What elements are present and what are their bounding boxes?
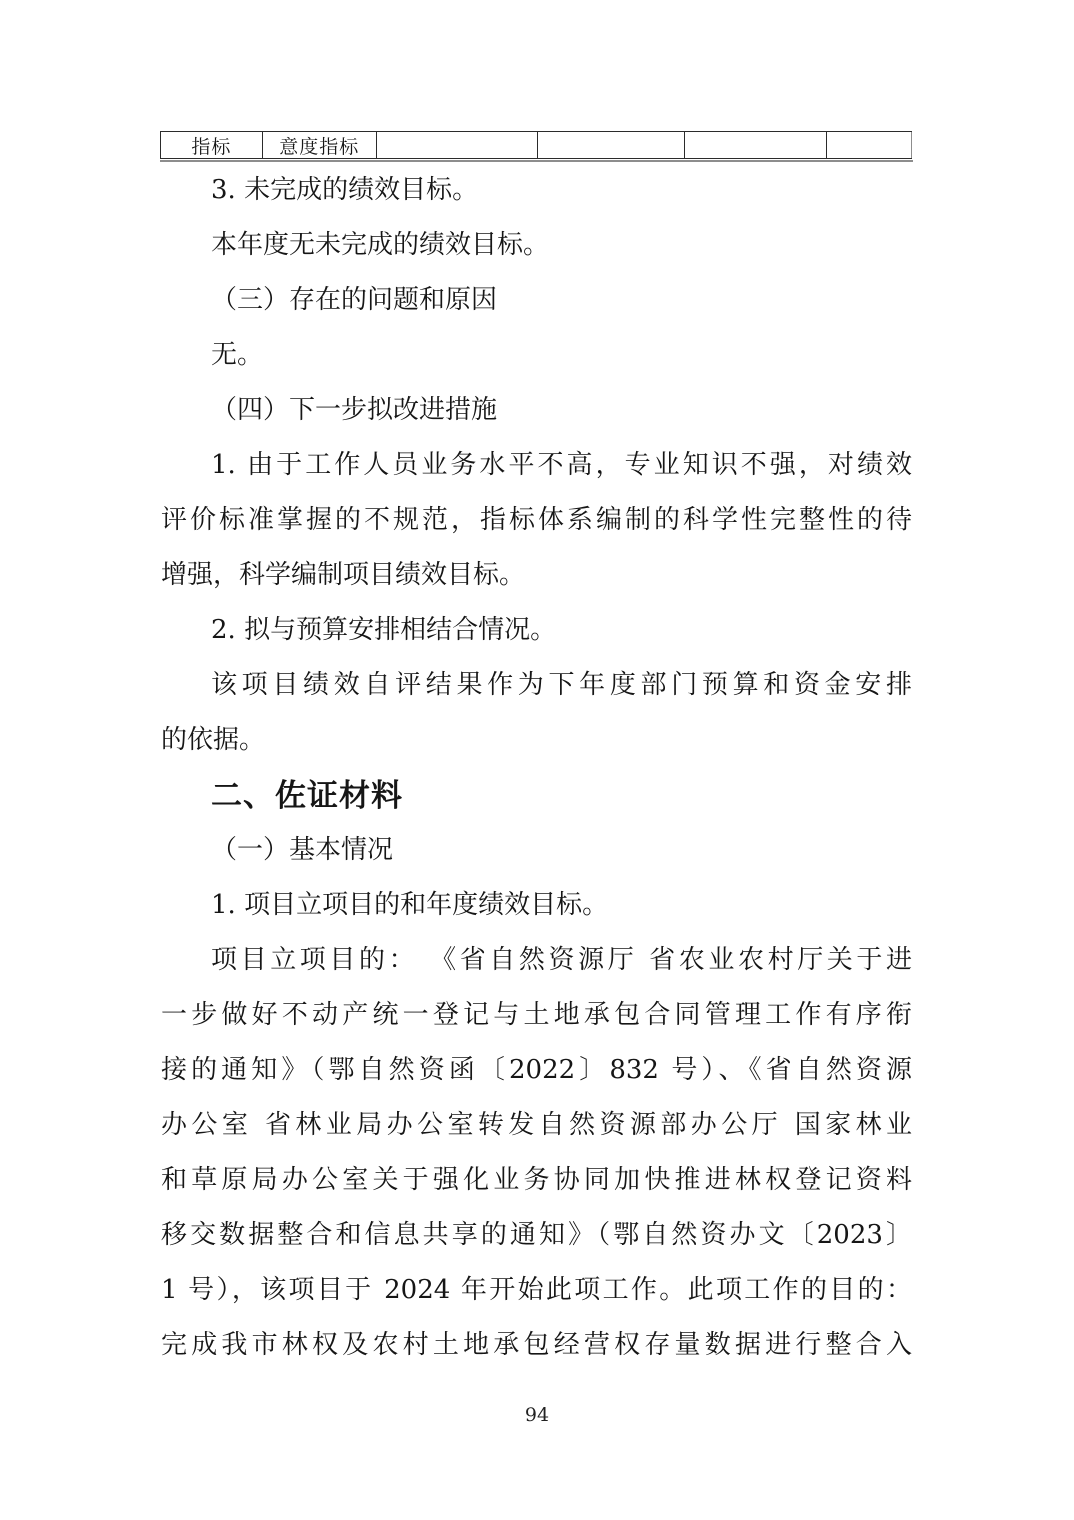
table-cell: [538, 132, 685, 158]
table-cell: [685, 132, 827, 158]
page-number: 94: [0, 1404, 1074, 1426]
table-cell: 意度指标: [263, 132, 377, 158]
table-fragment: 指标 意度指标: [160, 131, 912, 159]
section-heading-4: （四）下一步拟改进措施: [161, 383, 912, 438]
paragraph-line: 接的通知》（鄂自然资函〔2022〕832 号）、《省自然资源: [161, 1043, 912, 1098]
document-page: 指标 意度指标 3. 未完成的绩效目标。 本年度无未完成的绩效目标。 （三）存在…: [0, 0, 1074, 1520]
paragraph-line: 3. 未完成的绩效目标。: [161, 163, 912, 218]
table-cell: [827, 132, 912, 158]
paragraph-line: 项目立项目的： 《省自然资源厅 省农业农村厅关于进: [161, 933, 912, 988]
table-cell: 指标: [161, 132, 263, 158]
paragraph-line: 1. 项目立项目的和年度绩效目标。: [161, 878, 912, 933]
paragraph-line: 移交数据整合和信息共享的通知》（鄂自然资办文〔2023〕: [161, 1208, 912, 1263]
paragraph-line: 无。: [161, 328, 912, 383]
paragraph-line: 该项目绩效自评结果作为下年度部门预算和资金安排: [161, 658, 912, 713]
table-bottom-rule: [160, 160, 913, 162]
paragraph-line: 完成我市林权及农村土地承包经营权存量数据进行整合入: [161, 1318, 912, 1373]
table-cell: [377, 132, 539, 158]
paragraph-line: 评价标准掌握的不规范，指标体系编制的科学性完整性的待: [161, 493, 912, 548]
paragraph-line: 的依据。: [161, 713, 912, 768]
paragraph-line: 办公室 省林业局办公室转发自然资源部办公厅 国家林业: [161, 1098, 912, 1153]
paragraph-line: 增强，科学编制项目绩效目标。: [161, 548, 912, 603]
paragraph-line: 本年度无未完成的绩效目标。: [161, 218, 912, 273]
paragraph-line: 2. 拟与预算安排相结合情况。: [161, 603, 912, 658]
chapter-heading: 二、佐证材料: [161, 768, 912, 823]
section-heading-1: （一）基本情况: [161, 823, 912, 878]
document-body: 3. 未完成的绩效目标。 本年度无未完成的绩效目标。 （三）存在的问题和原因 无…: [161, 163, 912, 1373]
paragraph-line: 1. 由于工作人员业务水平不高，专业知识不强，对绩效: [161, 438, 912, 493]
paragraph-line: 一步做好不动产统一登记与土地承包合同管理工作有序衔: [161, 988, 912, 1043]
paragraph-line: 和草原局办公室关于强化业务协同加快推进林权登记资料: [161, 1153, 912, 1208]
section-heading-3: （三）存在的问题和原因: [161, 273, 912, 328]
paragraph-line: 1 号），该项目于 2024 年开始此项工作。此项工作的目的：: [161, 1263, 912, 1318]
